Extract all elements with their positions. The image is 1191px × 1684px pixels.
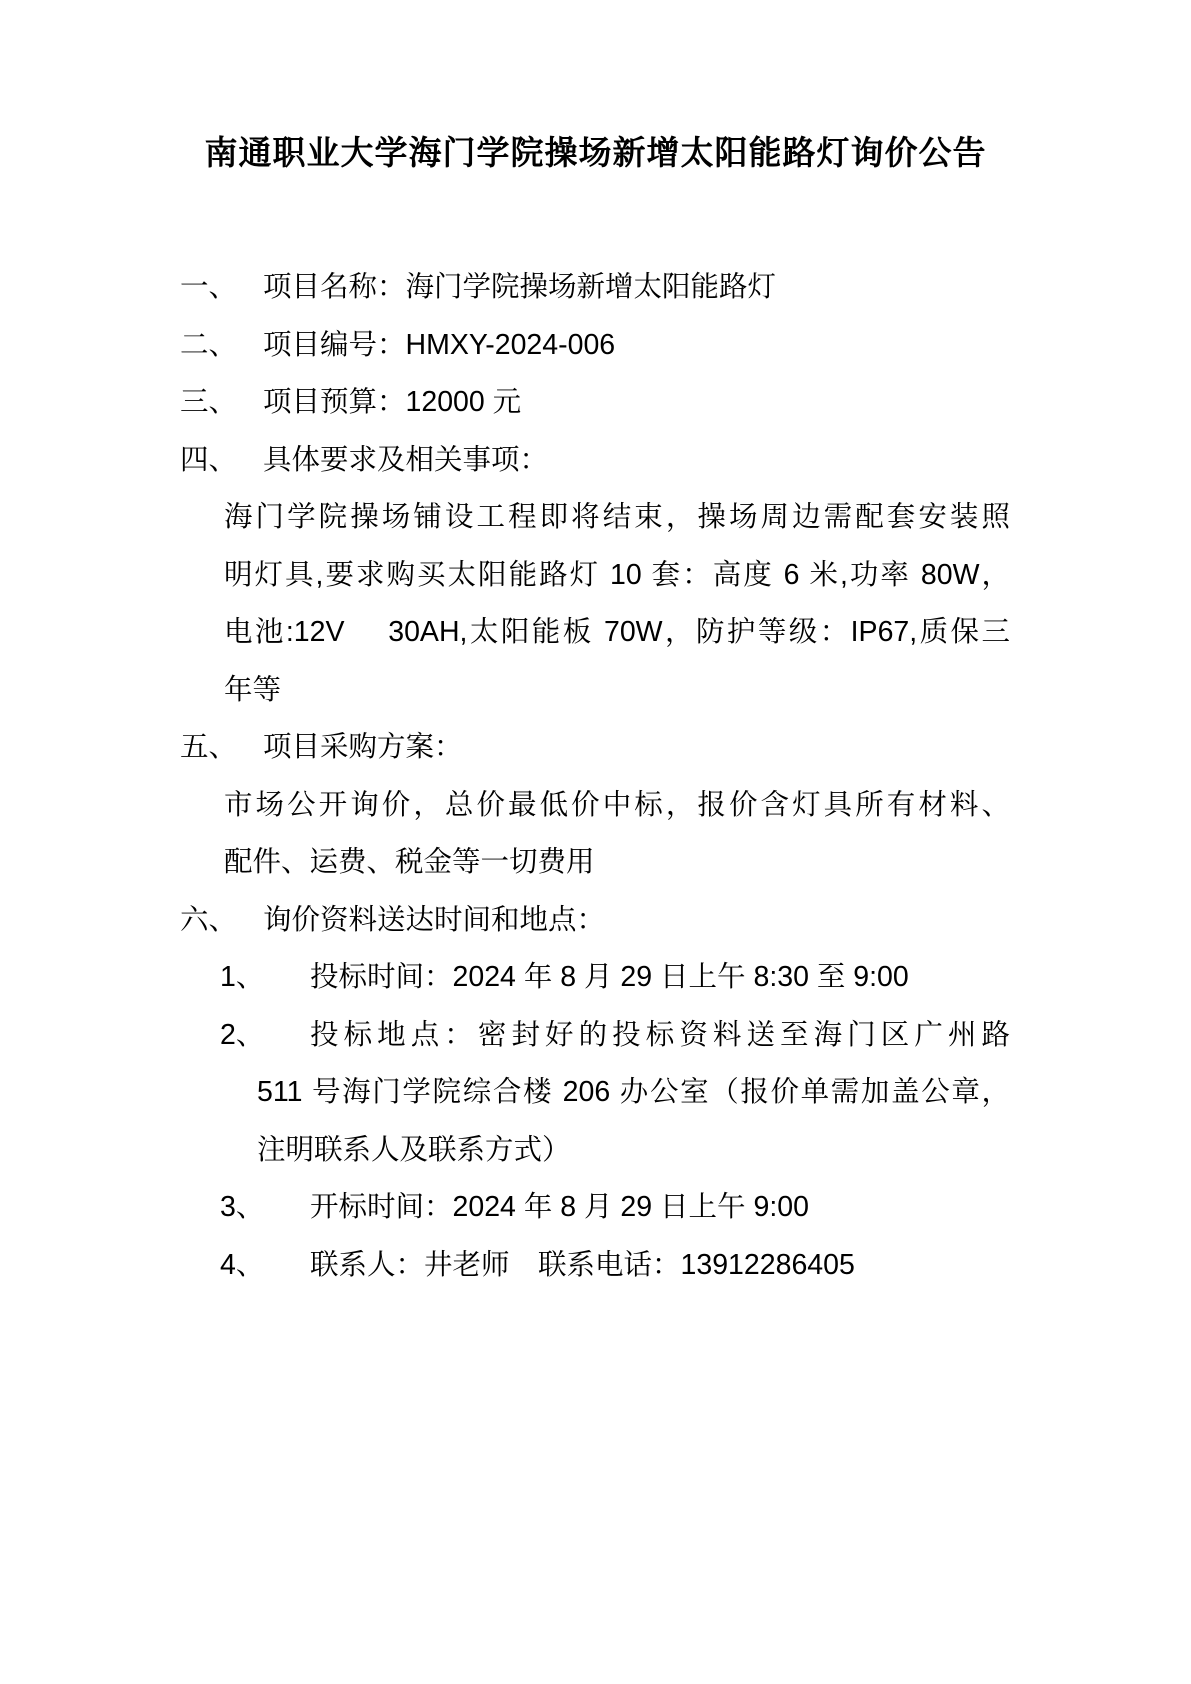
sub-list-item-text: 投标时间：2024 年 8 月 29 日上午 8:30 至 9:00 <box>310 949 1010 1007</box>
sub-list-item-4: 4、 联系人：井老师 联系电话：13912286405 <box>220 1237 1010 1295</box>
list-marker: 一、 <box>180 259 263 317</box>
list-item-text: 具体要求及相关事项： <box>263 432 1010 490</box>
list-item-1: 一、 项目名称：海门学院操场新增太阳能路灯 <box>180 259 1010 317</box>
document-title: 南通职业大学海门学院操场新增太阳能路灯询价公告 <box>0 0 1191 173</box>
list-item-6: 六、 询价资料送达时间和地点： <box>180 892 1010 950</box>
document-page: 南通职业大学海门学院操场新增太阳能路灯询价公告 一、 项目名称：海门学院操场新增… <box>0 0 1191 1684</box>
list-item-3: 三、 项目预算：12000 元 <box>180 374 1010 432</box>
sub-list-marker: 2、 <box>220 1007 310 1065</box>
list-item-text: 项目名称：海门学院操场新增太阳能路灯 <box>263 259 1010 317</box>
document-body: 一、 项目名称：海门学院操场新增太阳能路灯 二、 项目编号：HMXY-2024-… <box>180 259 1010 1294</box>
list-item-4: 四、 具体要求及相关事项： <box>180 432 1010 490</box>
continuation-line: 511 号海门学院综合楼 206 办公室（报价单需加盖公章， <box>257 1064 1010 1122</box>
list-item-text: 项目采购方案： <box>263 719 1010 777</box>
sub-list-item-text: 开标时间：2024 年 8 月 29 日上午 9:00 <box>310 1179 1010 1237</box>
list-marker: 四、 <box>180 432 263 490</box>
sub-list-item-text: 投标地点：密封好的投标资料送至海门区广州路 <box>310 1007 1010 1065</box>
paragraph-line: 市场公开询价，总价最低价中标，报价含灯具所有材料、 <box>224 777 1010 835</box>
list-item-text: 询价资料送达时间和地点： <box>263 892 1010 950</box>
list-item-5: 五、 项目采购方案： <box>180 719 1010 777</box>
sub-list-marker: 4、 <box>220 1237 310 1295</box>
list-marker: 二、 <box>180 317 263 375</box>
list-marker: 三、 <box>180 374 263 432</box>
sub-list-item-3: 3、 开标时间：2024 年 8 月 29 日上午 9:00 <box>220 1179 1010 1237</box>
sub-list-marker: 1、 <box>220 949 310 1007</box>
sub-list-item-text: 联系人：井老师 联系电话：13912286405 <box>310 1237 1010 1295</box>
list-item-text: 项目预算：12000 元 <box>263 374 1010 432</box>
list-marker: 六、 <box>180 892 263 950</box>
paragraph-line: 明灯具,要求购买太阳能路灯 10 套：高度 6 米,功率 80W， <box>224 547 1010 605</box>
paragraph-line: 电池:12V 30AH,太阳能板 70W，防护等级：IP67,质保三 <box>224 604 1010 662</box>
paragraph-line: 海门学院操场铺设工程即将结束，操场周边需配套安装照 <box>224 489 1010 547</box>
sub-list-item-1: 1、 投标时间：2024 年 8 月 29 日上午 8:30 至 9:00 <box>220 949 1010 1007</box>
continuation-line: 注明联系人及联系方式） <box>257 1122 1010 1180</box>
sub-list-marker: 3、 <box>220 1179 310 1237</box>
list-item-text: 项目编号：HMXY-2024-006 <box>263 317 1010 375</box>
list-item-2: 二、 项目编号：HMXY-2024-006 <box>180 317 1010 375</box>
list-marker: 五、 <box>180 719 263 777</box>
sub-list-item-2: 2、 投标地点：密封好的投标资料送至海门区广州路 <box>220 1007 1010 1065</box>
paragraph-line: 配件、运费、税金等一切费用 <box>224 834 1010 892</box>
paragraph-line: 年等 <box>224 662 1010 720</box>
